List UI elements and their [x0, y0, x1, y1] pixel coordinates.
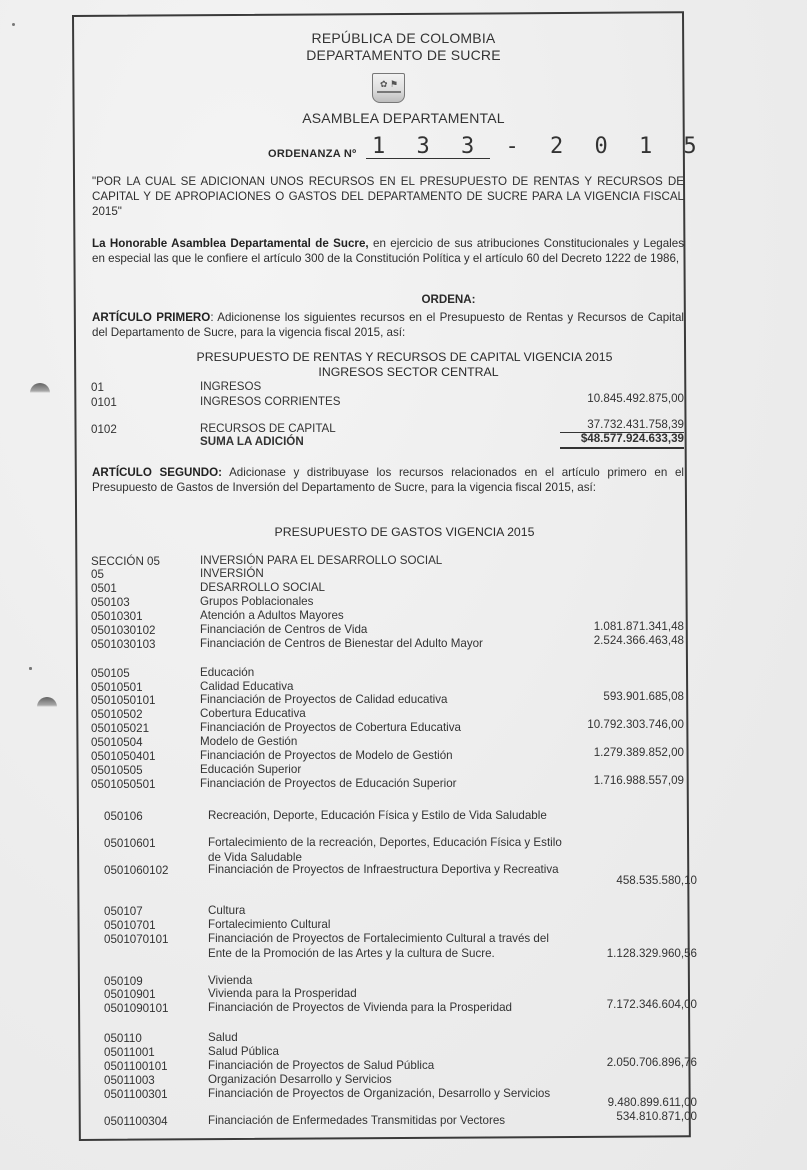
preamble: La Honorable Asamblea Departamental de S…: [92, 236, 684, 266]
expense-code: 0501050401: [91, 750, 155, 763]
expense-amount: 7.172.346.604,00: [607, 998, 697, 1011]
expense-code: 0501050501: [91, 778, 155, 791]
revenue-total-label: SUMA LA ADICIÓN: [200, 435, 304, 448]
expense-code: 0501100301: [104, 1088, 168, 1101]
expense-code: 05010701: [104, 919, 156, 932]
expense-code: 050105021: [91, 722, 149, 735]
ordena-heading: ORDENA:: [0, 293, 807, 306]
expense-code: 050106: [104, 810, 143, 823]
expense-desc: INVERSIÓN PARA EL DESARROLLO SOCIAL: [200, 554, 442, 567]
expense-amount: 1.081.871.341,48: [594, 620, 684, 633]
revenue-desc: INGRESOS: [200, 380, 261, 393]
expense-code: 050109: [104, 975, 143, 988]
expense-amount: 593.901.685,08: [603, 690, 684, 703]
expense-desc: Educación: [200, 666, 254, 679]
expense-desc: Educación Superior: [200, 763, 301, 776]
revenue-amount: 10.845.492.875,00: [587, 392, 684, 405]
expense-code: SECCIÓN 05: [91, 555, 160, 568]
revenue-total-amount: $48.577.924.633,39: [581, 432, 684, 445]
expense-code: 05010502: [91, 708, 143, 721]
expense-desc: Financiación de Proyectos de Educación S…: [200, 777, 457, 790]
article-1-label: ARTÍCULO PRIMERO: [92, 311, 210, 324]
expense-code: 0501100101: [104, 1060, 168, 1073]
expense-desc: Financiación de Proyectos de Modelo de G…: [200, 749, 453, 762]
expense-desc: Financiación de Proyectos de Calidad edu…: [200, 693, 447, 706]
expense-desc: Financiación de Proyectos de Fortalecimi…: [208, 932, 549, 945]
expense-amount: 1.128.329.960,56: [607, 947, 697, 960]
expense-desc: Organización Desarrollo y Servicios: [208, 1073, 392, 1086]
expense-code: 050107: [104, 905, 143, 918]
coat-of-arms-icon: ✿ ⚑: [372, 73, 405, 103]
expense-table-title: PRESUPUESTO DE GASTOS VIGENCIA 2015: [0, 525, 807, 539]
expense-desc: Fortalecimiento Cultural: [208, 918, 330, 931]
preamble-bold: La Honorable Asamblea Departamental de S…: [92, 237, 369, 250]
expense-code: 05010501: [91, 681, 143, 694]
expense-code: 0501050101: [91, 694, 155, 707]
expense-desc: Salud Pública: [208, 1045, 279, 1058]
article-1: ARTÍCULO PRIMERO: Adicionense los siguie…: [92, 310, 684, 340]
expense-code: 050103: [91, 596, 130, 609]
revenue-amount: 37.732.431.758,39: [587, 418, 684, 431]
expense-code: 0501100304: [104, 1115, 168, 1128]
expense-code: 050110: [104, 1032, 142, 1045]
revenue-table-subtitle: INGRESOS SECTOR CENTRAL: [0, 365, 807, 379]
ordinance-label: ORDENANZA Nº: [268, 148, 357, 160]
expense-code: 05011001: [104, 1046, 155, 1059]
article-2: ARTÍCULO SEGUNDO: Adicionase y distribuy…: [92, 465, 684, 495]
header-republic: REPÚBLICA DE COLOMBIA: [0, 30, 807, 46]
expense-desc: Financiación de Proyectos de Cobertura E…: [200, 721, 461, 734]
revenue-desc: RECURSOS DE CAPITAL: [200, 422, 336, 435]
revenue-table-title: PRESUPUESTO DE RENTAS Y RECURSOS DE CAPI…: [0, 350, 807, 364]
ordinance-underline: [366, 158, 490, 159]
expense-amount: 2.050.706.896,76: [607, 1056, 697, 1069]
expense-desc: Cultura: [208, 904, 245, 917]
expense-amount: 534.810.871,00: [616, 1110, 697, 1123]
expense-amount: 1.279.389.852,00: [594, 746, 684, 759]
expense-code: 05: [91, 568, 104, 581]
expense-desc: Fortalecimiento de la recreación, Deport…: [208, 836, 562, 849]
expense-code: 050105: [91, 667, 130, 680]
document-page: REPÚBLICA DE COLOMBIA DEPARTAMENTO DE SU…: [0, 0, 807, 1170]
expense-desc: Calidad Educativa: [200, 680, 293, 693]
expense-code: 05010505: [91, 764, 143, 777]
ordinance-title: "POR LA CUAL SE ADICIONAN UNOS RECURSOS …: [92, 174, 684, 219]
expense-code: 05010901: [104, 988, 156, 1001]
expense-amount: 10.792.303.746,00: [587, 718, 684, 731]
expense-amount: 1.716.988.557,09: [594, 774, 684, 787]
expense-desc: Financiación de Enfermedades Transmitida…: [208, 1114, 505, 1127]
expense-desc-continued: Ente de la Promoción de las Artes y la c…: [208, 947, 495, 960]
expense-desc: Salud: [208, 1031, 238, 1044]
expense-desc: Recreación, Deporte, Educación Física y …: [208, 809, 547, 822]
expense-code: 05010504: [91, 736, 143, 749]
expense-desc: Financiación de Proyectos de Vivienda pa…: [208, 1001, 512, 1014]
expense-amount: 9.480.899.611,00: [608, 1096, 697, 1109]
expense-desc: Vivienda para la Prosperidad: [208, 987, 357, 1000]
expense-amount: 2.524.366.463,48: [594, 634, 684, 647]
expense-code: 0501030103: [91, 638, 155, 651]
expense-code: 0501030102: [91, 624, 155, 637]
expense-desc: DESARROLLO SOCIAL: [200, 581, 325, 594]
expense-amount: 458.535.580,10: [616, 874, 697, 887]
ordinance-number: 1 3 3 - 2 0 1 5: [372, 134, 706, 159]
header-institution: ASAMBLEA DEPARTAMENTAL: [0, 110, 807, 126]
article-2-label: ARTÍCULO SEGUNDO:: [92, 466, 222, 479]
revenue-code: 01: [91, 381, 104, 394]
expense-desc: Atención a Adultos Mayores: [200, 609, 344, 622]
expense-desc: Financiación de Proyectos de Salud Públi…: [208, 1059, 434, 1072]
expense-desc: Financiación de Proyectos de Organizació…: [208, 1087, 550, 1100]
expense-desc: INVERSIÓN: [200, 567, 264, 580]
revenue-code: 0102: [91, 423, 117, 436]
expense-code: 0501090101: [104, 1002, 168, 1015]
expense-code: 05011003: [104, 1074, 155, 1087]
expense-code: 0501070101: [104, 933, 168, 946]
expense-desc: Vivienda: [208, 974, 252, 987]
expense-code: 05010601: [104, 837, 156, 850]
total-double-rule: [560, 447, 684, 449]
revenue-code: 0101: [91, 396, 117, 409]
revenue-desc: INGRESOS CORRIENTES: [200, 395, 340, 408]
expense-desc: Cobertura Educativa: [200, 707, 306, 720]
expense-desc: Modelo de Gestión: [200, 735, 297, 748]
expense-code: 0501060102: [104, 864, 168, 877]
header-department: DEPARTAMENTO DE SUCRE: [0, 47, 807, 63]
expense-desc: Financiación de Centros de Vida: [200, 623, 367, 636]
expense-code: 0501: [91, 582, 117, 595]
expense-code: 05010301: [91, 610, 143, 623]
expense-desc: Grupos Poblacionales: [200, 595, 313, 608]
expense-desc: Financiación de Proyectos de Infraestruc…: [208, 863, 559, 876]
expense-desc: Financiación de Centros de Bienestar del…: [200, 637, 483, 650]
